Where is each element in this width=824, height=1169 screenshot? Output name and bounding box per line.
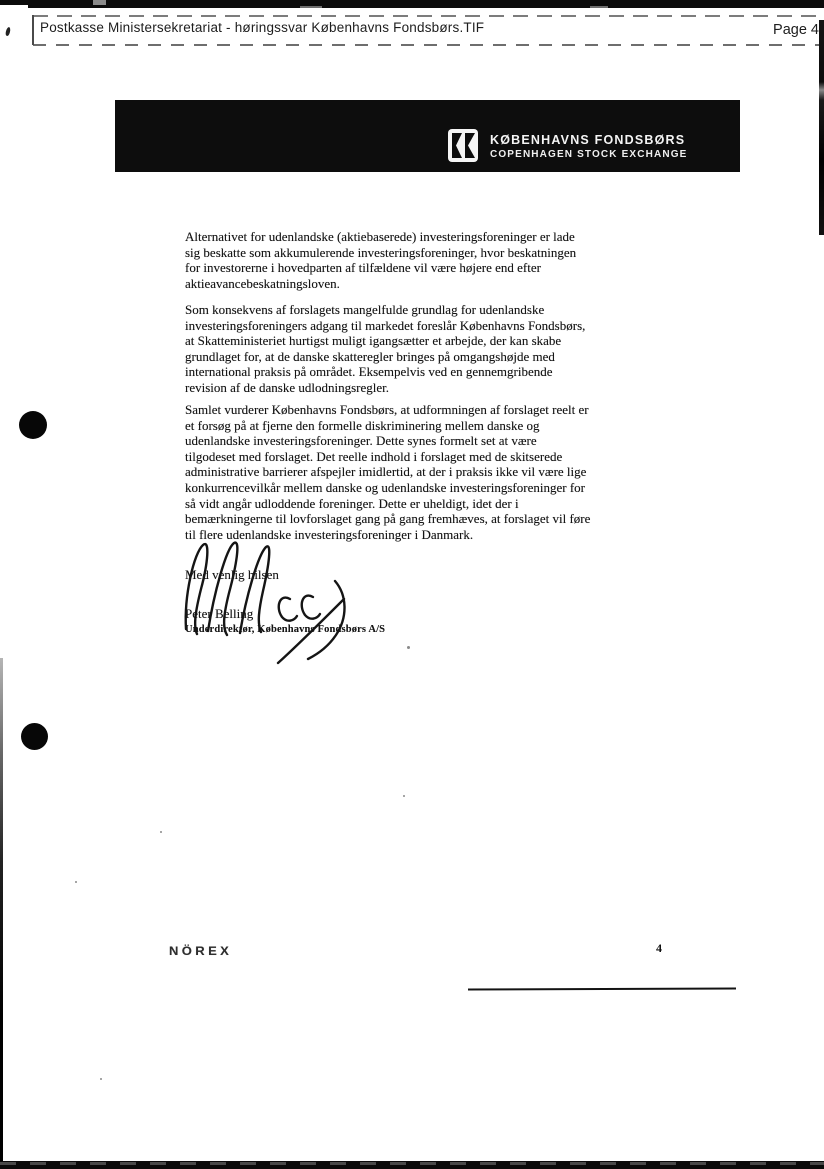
scan-edge-dashes <box>0 1162 824 1165</box>
header-dashed-border-top <box>33 15 824 17</box>
header-box-left-border <box>32 15 34 45</box>
scan-speck-comma <box>5 27 11 37</box>
scan-speck <box>407 646 410 649</box>
letter-paragraph: Som konsekvens af forslagets mangelfulde… <box>185 302 585 396</box>
copenhagen-stock-exchange-logo-icon <box>448 129 478 162</box>
file-title: Postkasse Ministersekretariat - høringss… <box>40 20 484 35</box>
letter-paragraph: Alternativet for udenlandske (aktiebaser… <box>185 229 576 291</box>
scan-speck <box>160 831 162 833</box>
norex-logo: NÖREX <box>169 943 232 957</box>
scan-edge-left <box>0 658 3 1169</box>
page-indicator: Page 4 <box>773 22 819 38</box>
signer-name: Peter Belling <box>185 606 253 622</box>
scan-speck <box>100 1078 102 1080</box>
scan-edge-notch <box>590 6 608 8</box>
footer-rule <box>468 988 736 991</box>
handwritten-signature <box>170 537 430 667</box>
scan-speck <box>75 881 77 883</box>
punch-hole-dot <box>21 723 48 750</box>
scan-edge-notch <box>300 6 322 8</box>
document-page[interactable]: { "window": { "title": "Postkasse Minist… <box>0 0 824 1169</box>
org-name: KØBENHAVNS FONDSBØRS <box>490 133 685 147</box>
letter-paragraph: Samlet vurderer Københavns Fondsbørs, at… <box>185 402 590 542</box>
scan-edge-notch <box>0 5 28 8</box>
scan-edge-top <box>0 0 824 8</box>
scan-edge-bottom <box>0 1161 824 1169</box>
header-dashed-border-bottom <box>33 44 824 46</box>
signer-title: Underdirektør, Københavns Fondsbørs A/S <box>185 624 385 635</box>
org-subtitle: COPENHAGEN STOCK EXCHANGE <box>490 149 687 160</box>
scan-edge-right <box>819 20 824 235</box>
scan-speck <box>403 795 405 797</box>
scan-edge-notch <box>93 0 106 5</box>
letterhead-banner: KØBENHAVNS FONDSBØRS COPENHAGEN STOCK EX… <box>115 100 740 172</box>
punch-hole-dot <box>19 411 47 439</box>
page-number: 4 <box>656 941 662 956</box>
